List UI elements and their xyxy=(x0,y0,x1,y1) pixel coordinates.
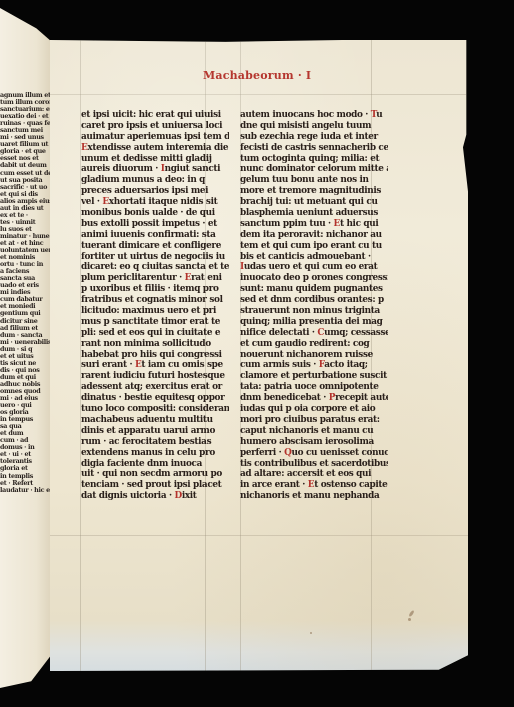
facing-text-line: et moniedi xyxy=(0,303,50,310)
text-line: animi iuuenis confirmati: sta xyxy=(81,230,229,241)
text-line: digia faciente dnm inuoca xyxy=(81,459,229,470)
facing-text-line: domus · in xyxy=(0,444,50,451)
text-line: extendens manus in celu pro xyxy=(81,448,229,459)
text-line: caput nichanoris et manu cu xyxy=(240,426,388,437)
text-line: nifice delectati · Cumq; cessasset xyxy=(240,328,388,339)
text-line: tem et qui cum ipo erant cu tu xyxy=(240,241,388,252)
facing-text-line: et at · et hinc xyxy=(0,240,50,247)
facing-text-line: uexatio dei · et te xyxy=(0,113,50,120)
text-line: quinq; milia presentia dei mag xyxy=(240,317,388,328)
text-line: mori pro ciuibus paratus erat: xyxy=(240,415,388,426)
facing-text-line: gentium qui xyxy=(0,310,50,317)
facing-text-line: sanctum mei xyxy=(0,127,50,134)
text-line: inuocato deo p orones congressi xyxy=(240,273,388,284)
text-line: strauerunt non minus triginta xyxy=(240,306,388,317)
ink-speck xyxy=(408,618,411,621)
text-line: clamore et perturbatione suscit xyxy=(240,371,388,382)
facing-text-line: omnes quod xyxy=(0,388,50,395)
facing-text-line: tolerantis xyxy=(0,458,50,465)
facing-text-line: uado et eris xyxy=(0,282,50,289)
text-line: suri erant · Et iam cu omis spe xyxy=(81,360,229,371)
text-line: mus p sanctitate timor erat te xyxy=(81,317,229,328)
rubricated-initial: E xyxy=(81,143,87,153)
facing-text-line: in templis xyxy=(0,473,50,480)
rubricated-initial: D xyxy=(174,491,181,501)
facing-text-line: ad filium et xyxy=(0,325,50,332)
text-line: humero abscisam ierosolima xyxy=(240,437,388,448)
text-line: unum et dedisse mitti gladij xyxy=(81,154,229,165)
text-line: dinatus · bestie equitesq oppor xyxy=(81,393,229,404)
text-line: gelum tuu bonu ante nos in xyxy=(240,175,388,186)
running-head: Machabeorum · I xyxy=(203,69,311,82)
facing-text-line: dum · si q xyxy=(0,346,50,353)
text-line: dne qui misisti angelu tuum xyxy=(240,121,388,132)
facing-text-line: ex et te · xyxy=(0,212,50,219)
facing-text-line: sancta sua xyxy=(0,275,50,282)
text-line: perferri · Quo cu uenisset conuoca xyxy=(240,448,388,459)
text-line: pli: sed et eos qui in ciuitate e xyxy=(81,328,229,339)
facing-text-line: lu suos et xyxy=(0,226,50,233)
facing-text-line: in tempus xyxy=(0,416,50,423)
text-line: caret pro ipsis et uniuersa loci xyxy=(81,121,229,132)
ink-speck xyxy=(408,610,414,617)
facing-text-line: os gloria xyxy=(0,409,50,416)
text-line: uit · qui non secdm armoru po xyxy=(81,469,229,480)
text-line: fratribus et cognatis minor sol xyxy=(81,295,229,306)
facing-text-line: dis · qui nos xyxy=(0,367,50,374)
text-line: machabeus aduentu multitu xyxy=(81,415,229,426)
text-line: dat dignis uictoria · Dixit xyxy=(81,491,229,502)
text-column-b: autem inuocans hoc modo · Tudne qui misi… xyxy=(240,110,388,502)
rubricated-initial: E xyxy=(308,480,314,490)
facing-text-line: sa qua xyxy=(0,423,50,430)
facing-text-line: uero · qui xyxy=(0,402,50,409)
text-line: nichanoris et manu nephanda xyxy=(240,491,388,502)
rubricated-initial: T xyxy=(371,110,376,120)
text-line: ad altare: accersit et eos qui xyxy=(240,469,388,480)
facing-text-line: tes · uinnit xyxy=(0,219,50,226)
rubricated-initial: E xyxy=(102,197,108,207)
text-line: Extendisse autem interemia die xyxy=(81,143,229,154)
facing-text-line: et · Refert xyxy=(0,480,50,487)
facing-text-line: et nominis xyxy=(0,254,50,261)
facing-text-line: gloria et xyxy=(0,465,50,472)
text-line: autem inuocans hoc modo · Tu xyxy=(240,110,388,121)
facing-text-line: et · ui · et xyxy=(0,451,50,458)
facing-text-line: mi indies xyxy=(0,289,50,296)
text-line: fecisti de castris sennacherib ce xyxy=(240,143,388,154)
text-line: in arce erant · Et ostenso capite xyxy=(240,480,388,491)
facing-text-line: mi · sed unus xyxy=(0,134,50,141)
text-line: preces aduersarios ipsi mei xyxy=(81,186,229,197)
facing-text-line: dicitur sine xyxy=(0,318,50,325)
text-line: tenciam · sed prout ipsi placet xyxy=(81,480,229,491)
text-line: adessent atq; exercitus erat or xyxy=(81,382,229,393)
facing-text-line: sacrific · ut uo xyxy=(0,184,50,191)
facing-text-line: et dum xyxy=(0,430,50,437)
ruling-line-horizontal xyxy=(50,94,468,95)
text-line: aureis diuorum · Ingiut sancti xyxy=(81,164,229,175)
text-line: brachij tui: ut metuant qui cu xyxy=(240,197,388,208)
facing-text-line: gloria · et que xyxy=(0,148,50,155)
text-line: tum octoginta quinq; milia: et xyxy=(240,154,388,165)
text-line: blasphemia ueniunt aduersus xyxy=(240,208,388,219)
facing-text-line: alios ampis eius xyxy=(0,198,50,205)
text-line: tuerant dimicare et confligere xyxy=(81,241,229,252)
rubricated-initial: E xyxy=(334,219,340,229)
text-line: nunc dominator celorum mitte an xyxy=(240,164,388,175)
rubricated-initial: F xyxy=(319,360,324,370)
text-line: tata: patria uoce omnipotente xyxy=(240,382,388,393)
rubricated-initial: I xyxy=(240,262,244,272)
facing-text-line: esset nos et xyxy=(0,155,50,162)
text-line: et ipsi uicit: hic erat qui uiuisi xyxy=(81,110,229,121)
facing-text-line: ruinas · quas fecit xyxy=(0,120,50,127)
facing-text-line: ut sua posita xyxy=(0,177,50,184)
facing-text-line: agnum illum et dederunt xyxy=(0,92,50,99)
facing-text-line: adhuc nobis xyxy=(0,381,50,388)
text-line: gladium munus a deo: in q xyxy=(81,175,229,186)
text-line: more et tremore magnitudinis xyxy=(240,186,388,197)
text-line: sunt: manu quidem pugnantes xyxy=(240,284,388,295)
ruling-line-horizontal xyxy=(50,535,468,536)
text-line: sed et dnm cordibus orantes: p xyxy=(240,295,388,306)
facing-text-line: laudatur · hic et xyxy=(0,487,50,494)
rubricated-initial: E xyxy=(185,273,191,283)
facing-text-line: dum et qui xyxy=(0,374,50,381)
facing-text-line: minatur · hune xyxy=(0,233,50,240)
text-line: Iudas uero et qui cum eo erat xyxy=(240,262,388,273)
text-line: dicaret: eo q ciuitas sancta et te xyxy=(81,262,229,273)
facing-text-line: uaret filium ut xyxy=(0,141,50,148)
text-line: auimatur aperiemuas ipsi tem det- xyxy=(81,132,229,143)
facing-text-line: tum illum coronam dei xyxy=(0,99,50,106)
facing-text-line: ortu · tunc in xyxy=(0,261,50,268)
text-line: tis contribulibus et sacerdotibus xyxy=(240,459,388,470)
facing-text-line: mi · uenerabilis xyxy=(0,339,50,346)
text-line: tuno loco compositi: considerans xyxy=(81,404,229,415)
facing-text-line: a faciens xyxy=(0,268,50,275)
text-line: dnm benedicebat · Precepit aute xyxy=(240,393,388,404)
facing-text-line: dabit ut deum xyxy=(0,162,50,169)
text-line: vel · Exhortati itaque nidis sit xyxy=(81,197,229,208)
text-line: nouerunt nichanorem ruisse xyxy=(240,350,388,361)
facing-text-line: et et uitus xyxy=(0,353,50,360)
facing-text-line: dum · sancta xyxy=(0,332,50,339)
text-line: licitudo: maximus uero et pri xyxy=(81,306,229,317)
facing-text-line: cum · ad xyxy=(0,437,50,444)
text-line: rarent iudiciu futuri hostesque xyxy=(81,371,229,382)
text-line: dinis et apparatu uarui armo xyxy=(81,426,229,437)
rubricated-initial: P xyxy=(329,393,335,403)
rubricated-initial: E xyxy=(135,360,141,370)
facing-text-line: sanctuarium: et quam xyxy=(0,106,50,113)
text-line: iudas qui p oia corpore et aio xyxy=(240,404,388,415)
text-line: sub ezechia rege iuda et inter xyxy=(240,132,388,143)
facing-text-line: cum dabatur xyxy=(0,296,50,303)
ink-speck xyxy=(310,632,312,634)
facing-text-line: uoluntatem uer xyxy=(0,247,50,254)
text-line: et cum gaudio redirent: cog xyxy=(240,339,388,350)
text-line: rum · ac ferocitatem bestias xyxy=(81,437,229,448)
text-line: plum periclitarentur · Erat eni xyxy=(81,273,229,284)
facing-page-text: agnum illum et dederunttum illum coronam… xyxy=(0,92,50,562)
text-line: monibus bonis ualde · de qui xyxy=(81,208,229,219)
text-line: p uxoribus et filiis · itemq pro xyxy=(81,284,229,295)
facing-text-line: et qui si dis xyxy=(0,191,50,198)
rubricated-initial: Q xyxy=(284,448,291,458)
text-line: dem ita peroravit: nichanor au xyxy=(240,230,388,241)
text-line: habebat pro hiis qui congressi xyxy=(81,350,229,361)
facing-text-line: aut in dies ut xyxy=(0,205,50,212)
rubricated-initial: I xyxy=(161,164,165,174)
text-line: rant non minima sollicitudo xyxy=(81,339,229,350)
text-line: bis et canticis admouebant · xyxy=(240,252,388,263)
rubricated-initial: C xyxy=(317,328,324,338)
facing-text-line: cum esset ut deu xyxy=(0,170,50,177)
text-line: bus extolli possit impetus · et xyxy=(81,219,229,230)
text-column-a: et ipsi uicit: hic erat qui uiuisicaret … xyxy=(81,110,229,502)
text-line: sanctum ppim tuu · Et hic qui xyxy=(240,219,388,230)
text-line: fortiter ut uirtus de negociis iu xyxy=(81,252,229,263)
text-line: cum armis suis · Facto itaq; xyxy=(240,360,388,371)
facing-text-line: mi · ad eius xyxy=(0,395,50,402)
facing-text-line: tis sicut ne xyxy=(0,360,50,367)
